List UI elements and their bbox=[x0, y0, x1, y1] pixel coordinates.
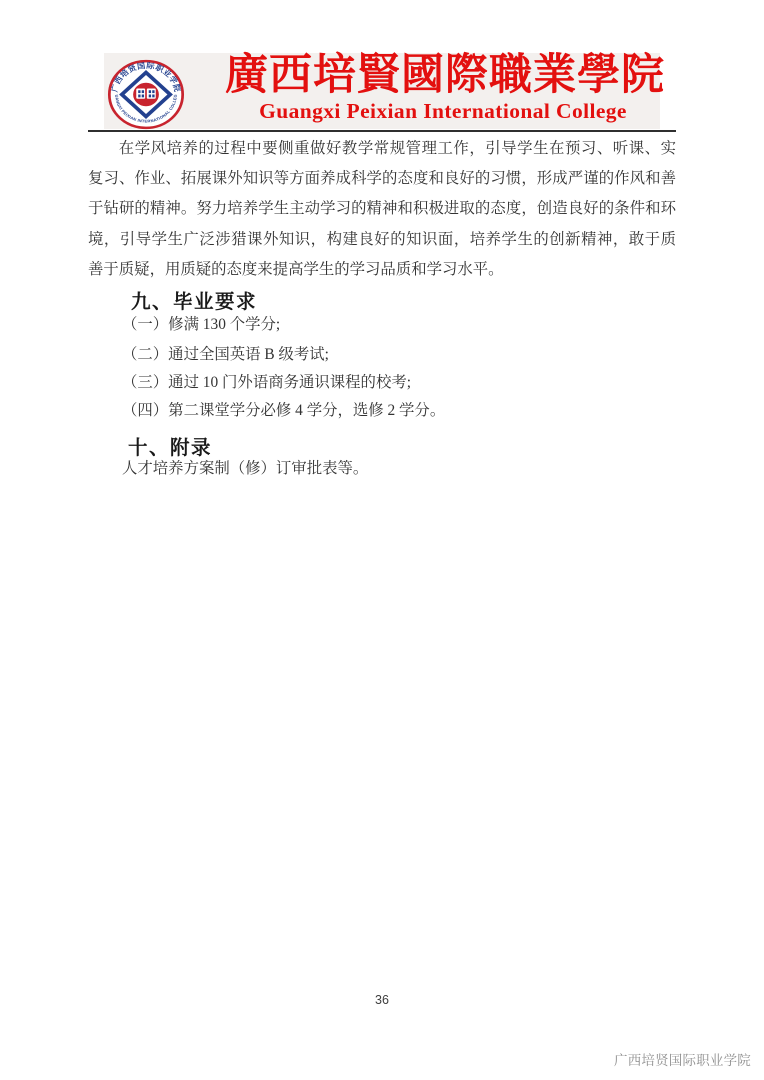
college-seal-icon: 广西培贤国际职业学院 GUANGXI PEIXIAN INTERNATIONAL… bbox=[107, 59, 185, 130]
paragraph-line: 善于质疑，用质疑的态度来提高学生的学习品质和学习水平。 bbox=[88, 255, 676, 285]
list-item: （一）修满 130 个学分; bbox=[122, 312, 280, 334]
college-title-zh: 廣西培賢國際職業學院 bbox=[215, 52, 675, 100]
page-number: 36 bbox=[0, 993, 764, 1007]
paragraph-line: 复习、作业、拓展课外知识等方面养成科学的态度和良好的习惯，形成严谨的作风和善 bbox=[88, 164, 676, 194]
college-title-en: Guangxi Peixian International College bbox=[216, 99, 670, 123]
paragraph-line: 于钻研的精神。努力培养学生主动学习的精神和积极进取的态度，创造良好的条件和环 bbox=[88, 194, 676, 224]
section-heading-graduation-requirements: 九、毕业要求 bbox=[131, 286, 257, 314]
open-book-icon bbox=[136, 88, 156, 98]
header-rule bbox=[88, 130, 676, 132]
paragraph-line: 境，引导学生广泛涉猎课外知识，构建良好的知识面，培养学生的创新精神，敢于质疑、 bbox=[88, 225, 676, 255]
intro-paragraph: 在学风培养的过程中要侧重做好教学常规管理工作，引导学生在预习、听课、实验、 复习… bbox=[88, 134, 676, 285]
list-item: （四）第二课堂学分必修 4 学分，选修 2 学分。 bbox=[122, 398, 445, 420]
footer-college-name: 广西培贤国际职业学院 bbox=[614, 1049, 751, 1069]
list-item: （二）通过全国英语 B 级考试; bbox=[122, 342, 329, 364]
paragraph-line: 在学风培养的过程中要侧重做好教学常规管理工作，引导学生在预习、听课、实验、 bbox=[88, 134, 676, 164]
list-item: （三）通过 10 门外语商务通识课程的校考; bbox=[122, 370, 411, 392]
document-page: 广西培贤国际职业学院 GUANGXI PEIXIAN INTERNATIONAL… bbox=[0, 0, 764, 1080]
appendix-text: 人才培养方案制（修）订审批表等。 bbox=[122, 456, 368, 478]
